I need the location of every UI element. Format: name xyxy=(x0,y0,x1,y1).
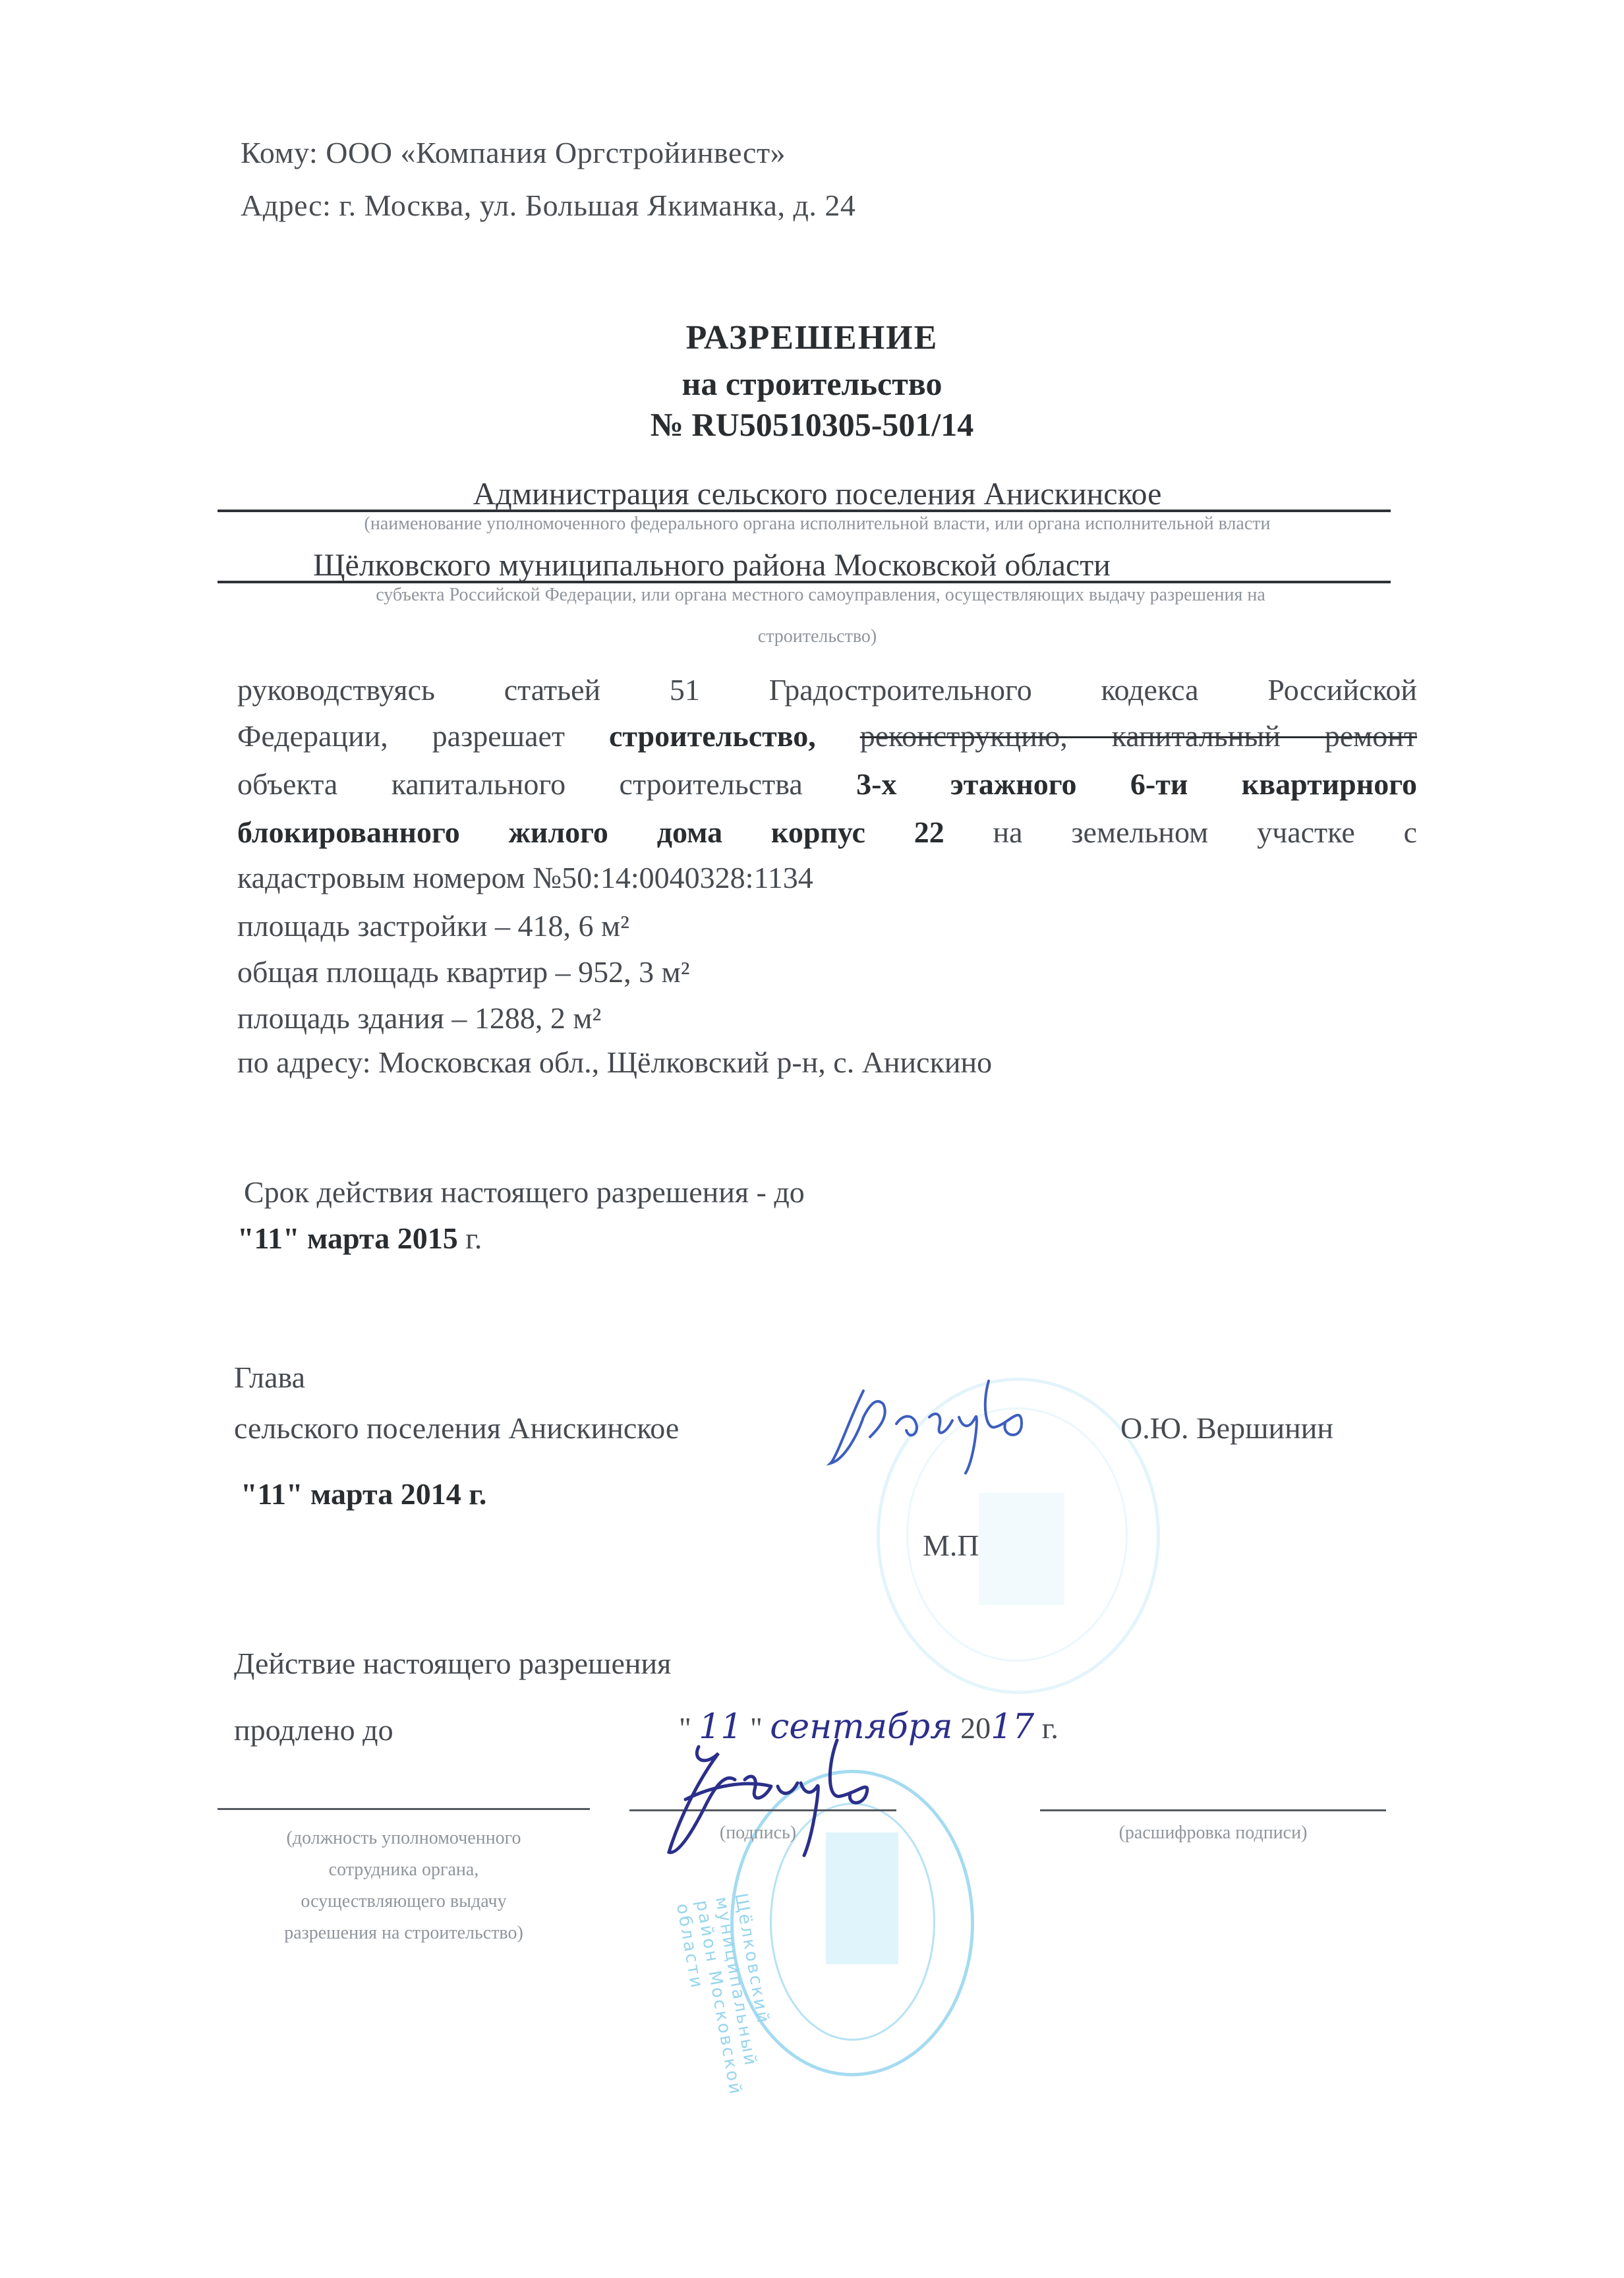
caption-name: (расшифровка подписи) xyxy=(1040,1823,1386,1844)
caption-position: (должность уполномоченного сотрудника ор… xyxy=(217,1823,590,1949)
body-text: объекта капитального строительства xyxy=(237,767,856,801)
body-line-1: руководствуясь статьей 51 Градостроитель… xyxy=(237,672,1417,707)
caption-position-2: сотрудника органа, xyxy=(217,1854,590,1886)
issuer-underline xyxy=(217,510,1391,512)
document-subtitle: на строительство xyxy=(0,365,1624,403)
issuer-district: Щёлковского муниципального района Москов… xyxy=(217,547,1206,583)
area-apartments: общая площадь квартир – 952, 3 м² xyxy=(237,954,1417,989)
extension-year-prefix: 20 xyxy=(960,1711,991,1745)
extension-label-1: Действие настоящего разрешения xyxy=(234,1646,1414,1681)
object-description-cont: блокированного жилого дома корпус 22 xyxy=(237,815,944,849)
body-line-4: блокированного жилого дома корпус 22 на … xyxy=(237,815,1417,850)
body-text: Федерации, разрешает xyxy=(237,719,609,753)
object-description: 3-х этажного 6-ти квартирного xyxy=(856,767,1417,801)
issuer-caption-1: (наименование уполномоченного федерально… xyxy=(217,513,1417,535)
signature-icon xyxy=(824,1378,1087,1476)
cadastral-number: кадастровым номером №50:14:0040328:1134 xyxy=(237,860,1417,895)
document-title: РАЗРЕШЕНИЕ xyxy=(0,318,1624,357)
issuer-name: Администрация сельского поселения Аниски… xyxy=(217,476,1417,512)
body-line-2: Федерации, разрешает строительство, реко… xyxy=(237,718,1417,753)
name-line xyxy=(1040,1809,1386,1811)
validity-date-value: "11" марта 2015 xyxy=(237,1221,458,1255)
seal-mark: М.П xyxy=(923,1528,1624,1563)
caption-position-4: разрешения на строительство) xyxy=(217,1917,590,1949)
extension-date-suffix: г. xyxy=(1042,1711,1058,1745)
recipient-address: Адрес: г. Москва, ул. Большая Якиманка, … xyxy=(241,188,855,223)
area-building: площадь здания – 1288, 2 м² xyxy=(237,1001,1417,1036)
validity-date-suffix: г. xyxy=(458,1221,482,1255)
body-text: на земельном участке с xyxy=(944,815,1417,849)
validity-date: "11" марта 2015 г. xyxy=(237,1221,1417,1256)
position-line xyxy=(217,1808,590,1810)
signer-name: О.Ю. Вершинин xyxy=(1120,1411,1624,1446)
issuer-caption-3: строительство) xyxy=(217,626,1417,647)
issuer-caption-2: субъекта Российской Федерации, или орган… xyxy=(231,585,1410,606)
permitted-action: строительство, xyxy=(609,719,816,753)
caption-position-1: (должность уполномоченного xyxy=(217,1823,590,1854)
extension-year-hand: 17 xyxy=(991,1707,1034,1747)
recipient-line: Кому: ООО «Компания Оргстройинвест» xyxy=(241,135,786,170)
issuer-district-underline xyxy=(217,581,1391,583)
signature-date: "11" марта 2014 г. xyxy=(241,1476,486,1511)
area-build: площадь застройки – 418, 6 м² xyxy=(237,908,1417,943)
struck-actions: реконструкцию, капитальный ремонт xyxy=(860,719,1417,753)
validity-label: Срок действия настоящего разрешения - до xyxy=(244,1175,1424,1210)
extension-signature-icon xyxy=(659,1740,896,1859)
caption-position-3: осуществляющего выдачу xyxy=(217,1886,590,1917)
body-line-3: объекта капитального строительства 3-х э… xyxy=(237,767,1417,802)
location: по адресу: Московская обл., Щёлковский р… xyxy=(237,1045,1417,1080)
permit-number: № RU50510305-501/14 xyxy=(0,405,1624,444)
